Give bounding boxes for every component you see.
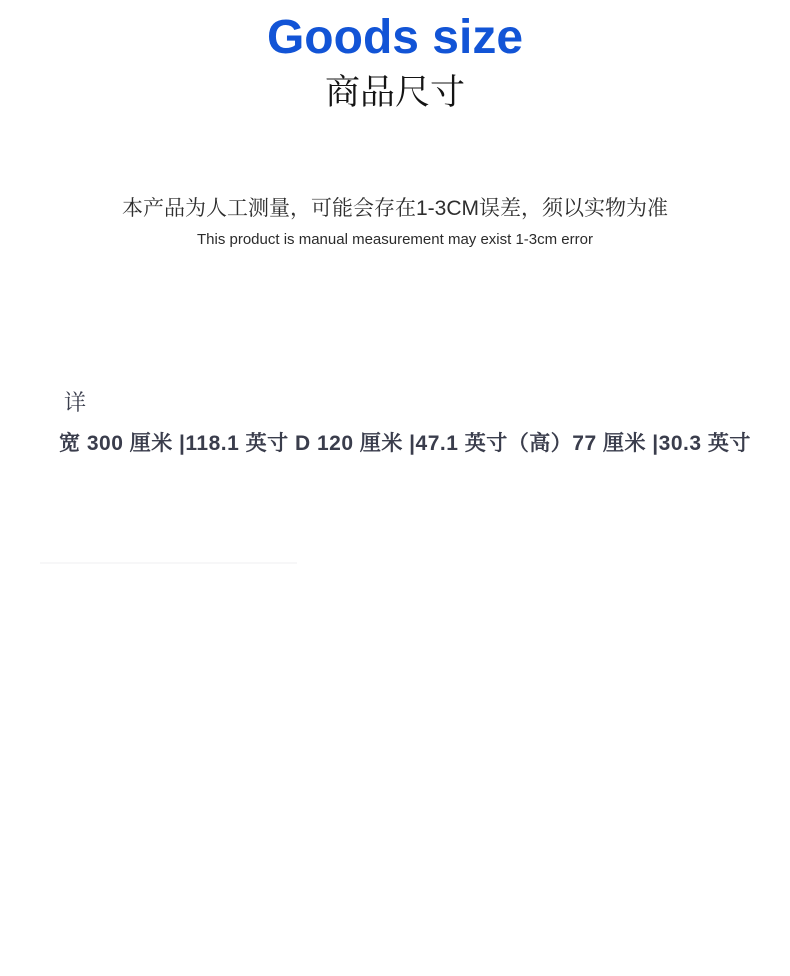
disclaimer-en: This product is manual measurement may e… (0, 230, 790, 250)
disclaimer-zh: 本产品为人工测量，可能会存在1-3CM误差，须以实物为准 (0, 195, 790, 222)
page-subtitle-zh: 商品尺寸 (0, 72, 790, 114)
product-size-page: Goods size 商品尺寸 本产品为人工测量，可能会存在1-3CM误差，须以… (0, 0, 790, 976)
dimensions-line: 宽 300 厘米 |118.1 英寸 D 120 厘米 |47.1 英寸（高）7… (59, 431, 751, 456)
faint-divider (40, 562, 297, 564)
detail-label: 详 (64, 390, 86, 416)
page-title: Goods size (0, 10, 790, 67)
